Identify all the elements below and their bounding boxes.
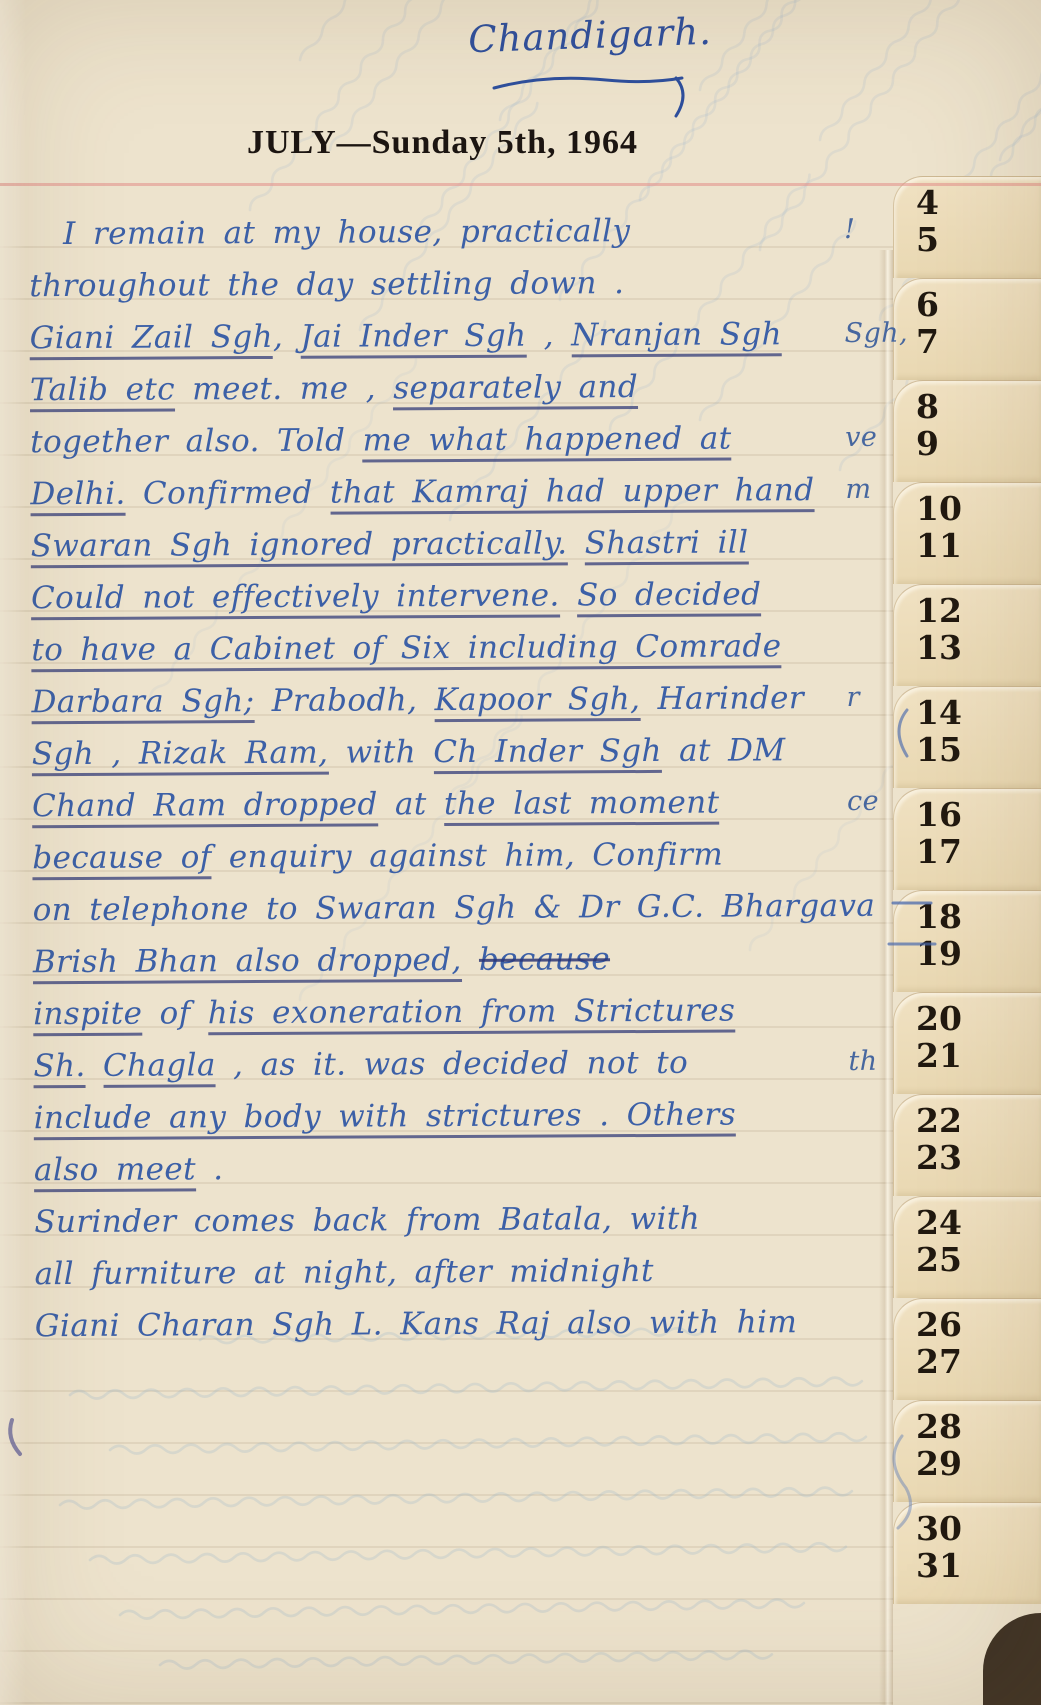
- handwriting-segment: enquiry against him, Confirm: [212, 837, 724, 876]
- margin-ink-mark: ve: [845, 422, 877, 453]
- date-tab: 2829: [893, 1400, 1041, 1502]
- tab-day-number: 27: [894, 1343, 1041, 1380]
- tab-day-number: 15: [894, 731, 1041, 768]
- handwriting-segment: meet. me ,: [175, 370, 393, 407]
- handwriting-segment: throughout the day settling down .: [29, 265, 624, 304]
- margin-ink-mark: r: [846, 682, 859, 713]
- diary-line: Darbara Sgh; Prabodh, Kapoor Sgh, Harind…: [31, 680, 879, 736]
- handwriting-segment: me what happened at: [363, 421, 732, 463]
- handwriting-segment: [560, 577, 577, 613]
- diary-line: because of enquiry against him, Confirm: [32, 836, 880, 892]
- handwriting-segment: ,: [526, 317, 571, 353]
- handwriting-segment: Ch Inder Sgh: [433, 733, 662, 774]
- handwriting-segment: Kapoor Sgh,: [434, 681, 640, 722]
- handwriting-segment: Giani Zail Sgh: [30, 319, 273, 360]
- handwriting-segment: Swaran Sgh ignored practically.: [31, 525, 568, 568]
- diary-line: also meet .: [34, 1148, 882, 1204]
- handwriting-segment: because: [479, 941, 610, 978]
- handwriting-segment: ,: [273, 319, 301, 355]
- diary-line: Giani Charan Sgh L. Kans Raj also with h…: [35, 1304, 883, 1360]
- tab-day-number: 17: [894, 833, 1041, 870]
- margin-ink-mark: m: [845, 474, 871, 505]
- tab-day-number: 22: [894, 1095, 1041, 1139]
- date-tab: 3031: [893, 1502, 1041, 1604]
- diary-line: Swaran Sgh ignored practically. Shastri …: [31, 524, 879, 580]
- date-tab-column: 4567891011121314151617181920212223242526…: [893, 176, 1041, 1604]
- handwriting-segment: Brish Bhan also dropped,: [33, 942, 462, 984]
- diary-line: Brish Bhan also dropped, because: [33, 940, 881, 996]
- margin-ink-mark: ce: [847, 786, 879, 817]
- diary-line: Sgh , Rizak Ram, with Ch Inder Sgh at DM: [32, 732, 880, 788]
- tab-day-number: 31: [894, 1547, 1041, 1584]
- diary-line: inspite of his exoneration from Strictur…: [33, 992, 881, 1048]
- tab-day-number: 20: [894, 993, 1041, 1037]
- diary-line: all furniture at night, after midnight: [34, 1252, 882, 1308]
- date-tab: 1415: [893, 686, 1041, 788]
- handwriting-segment: Sgh , Rizak Ram,: [32, 735, 329, 777]
- diary-line: on telephone to Swaran Sgh & Dr G.C. Bha…: [33, 888, 881, 944]
- entry-lines: I remain at my house, practically!throug…: [29, 212, 883, 1360]
- handwriting-segment: Chand Ram dropped: [32, 786, 378, 828]
- diary-line: to have a Cabinet of Six including Comra…: [31, 628, 879, 684]
- diary-line: together also. Told me what happened atv…: [30, 420, 878, 476]
- tab-day-number: 9: [894, 425, 1041, 462]
- diary-line: Delhi. Confirmed that Kamraj had upper h…: [30, 472, 878, 528]
- printed-pink-rule: [0, 183, 1041, 186]
- handwriting-segment: [86, 1048, 103, 1084]
- date-tab: 1213: [893, 584, 1041, 686]
- heading-underline-flourish: [488, 66, 698, 120]
- diary-line: throughout the day settling down .: [29, 264, 877, 320]
- tab-day-number: 19: [894, 935, 1041, 972]
- date-tab: 2021: [893, 992, 1041, 1094]
- handwriting-segment: Darbara Sgh;: [31, 683, 254, 724]
- diary-line: Giani Zail Sgh, Jai Inder Sgh , Nranjan …: [30, 316, 878, 372]
- page-crease: [879, 250, 893, 1705]
- handwriting-segment: together also. Told: [30, 422, 363, 460]
- tab-day-number: 25: [894, 1241, 1041, 1278]
- handwriting-segment: Nranjan Sgh: [571, 316, 782, 357]
- handwriting-segment: .: [196, 1151, 224, 1187]
- date-tab: 2425: [893, 1196, 1041, 1298]
- tab-day-number: 23: [894, 1139, 1041, 1176]
- photo-corner-shadow: [983, 1613, 1041, 1705]
- handwriting-segment: at DM: [662, 732, 786, 769]
- date-tab: 45: [893, 176, 1041, 278]
- handwriting-segment: of: [142, 995, 208, 1031]
- tab-day-number: 6: [894, 279, 1041, 323]
- date-tab: 67: [893, 278, 1041, 380]
- handwriting-segment: to have a Cabinet of Six including Comra…: [31, 628, 781, 672]
- margin-ink-mark: Sgh,: [845, 318, 909, 349]
- handwriting-segment: all furniture at night, after midnight: [34, 1253, 654, 1292]
- date-tab: 1617: [893, 788, 1041, 890]
- date-tab: 2627: [893, 1298, 1041, 1400]
- handwriting-segment: because of: [32, 839, 211, 880]
- date-tab: 89: [893, 380, 1041, 482]
- tab-day-number: 28: [894, 1401, 1041, 1445]
- date-tab: 1011: [893, 482, 1041, 584]
- tab-day-number: 7: [894, 323, 1041, 360]
- handwriting-segment: Giani Charan Sgh L. Kans Raj also with h…: [35, 1304, 798, 1344]
- handwriting-segment: Talib etc: [30, 371, 175, 412]
- diary-line: Talib etc meet. me , separately and: [30, 368, 878, 424]
- tab-day-number: 30: [894, 1503, 1041, 1547]
- handwriting-segment: on telephone to Swaran Sgh & Dr G.C. Bha…: [33, 888, 876, 928]
- handwriting-segment: So decided: [577, 576, 761, 617]
- handwriting-segment: with: [328, 734, 433, 771]
- tab-day-number: 21: [894, 1037, 1041, 1074]
- handwriting-segment: that Kamraj had upper hand: [330, 472, 815, 515]
- handwriting-segment: his exoneration from Strictures: [208, 993, 736, 1036]
- tab-day-number: 12: [894, 585, 1041, 629]
- diary-line: I remain at my house, practically!: [29, 212, 877, 268]
- handwriting-segment: [462, 942, 479, 978]
- diary-page-scan: Chandigarh. JULY—Sunday 5th, 1964 I rema…: [0, 0, 1041, 1705]
- handwriting-segment: also meet: [34, 1151, 196, 1192]
- diary-line: Could not effectively intervene. So deci…: [31, 576, 879, 632]
- tab-day-number: 11: [894, 527, 1041, 564]
- location-heading: Chandigarh.: [454, 9, 725, 61]
- date-tab: 1819: [893, 890, 1041, 992]
- handwriting-segment: Harinder: [640, 680, 804, 717]
- tab-day-number: 16: [894, 789, 1041, 833]
- tab-day-number: 29: [894, 1445, 1041, 1482]
- handwriting-segment: [567, 525, 584, 561]
- handwriting-segment: Could not effectively intervene.: [31, 577, 560, 620]
- handwriting-segment: the last moment: [444, 785, 720, 826]
- handwriting-segment: include any body with strictures . Other…: [34, 1097, 736, 1141]
- handwriting-segment: inspite: [33, 996, 142, 1037]
- tab-day-number: 10: [894, 483, 1041, 527]
- tab-day-number: 24: [894, 1197, 1041, 1241]
- handwriting-segment: Sh.: [33, 1048, 85, 1088]
- handwriting-segment: Jai Inder Sgh: [300, 318, 526, 359]
- diary-line: Surinder comes back from Batala, with: [34, 1200, 882, 1256]
- date-tab: 2223: [893, 1094, 1041, 1196]
- diary-line: include any body with strictures . Other…: [34, 1096, 882, 1152]
- handwriting-segment: I remain at my house, practically: [63, 213, 630, 252]
- handwriting-segment: separately and: [393, 369, 638, 410]
- tab-day-number: 5: [894, 221, 1041, 258]
- handwriting-segment: , as it. was decided not to: [216, 1045, 688, 1083]
- tab-day-number: 14: [894, 687, 1041, 731]
- margin-ink-mark: !: [844, 214, 855, 245]
- handwriting-segment: Prabodh,: [254, 682, 434, 719]
- handwriting-segment: Delhi.: [30, 476, 125, 516]
- tab-day-number: 13: [894, 629, 1041, 666]
- handwriting-segment: Chagla: [103, 1047, 216, 1088]
- handwriting-segment: Shastri ill: [585, 524, 749, 565]
- tab-day-number: 8: [894, 381, 1041, 425]
- diary-line: Chand Ram dropped at the last momentce: [32, 784, 880, 840]
- diary-line: Sh. Chagla , as it. was decided not toth: [33, 1044, 881, 1100]
- margin-ink-mark: th: [848, 1046, 877, 1077]
- tab-day-number: 26: [894, 1299, 1041, 1343]
- page-left-edge: [0, 0, 26, 1705]
- handwriting-segment: at: [378, 786, 444, 822]
- handwriting-segment: Surinder comes back from Batala, with: [34, 1201, 700, 1240]
- printed-date-heading: JULY—Sunday 5th, 1964: [0, 124, 885, 162]
- handwriting-segment: Confirmed: [126, 475, 330, 512]
- tab-day-number: 18: [894, 891, 1041, 935]
